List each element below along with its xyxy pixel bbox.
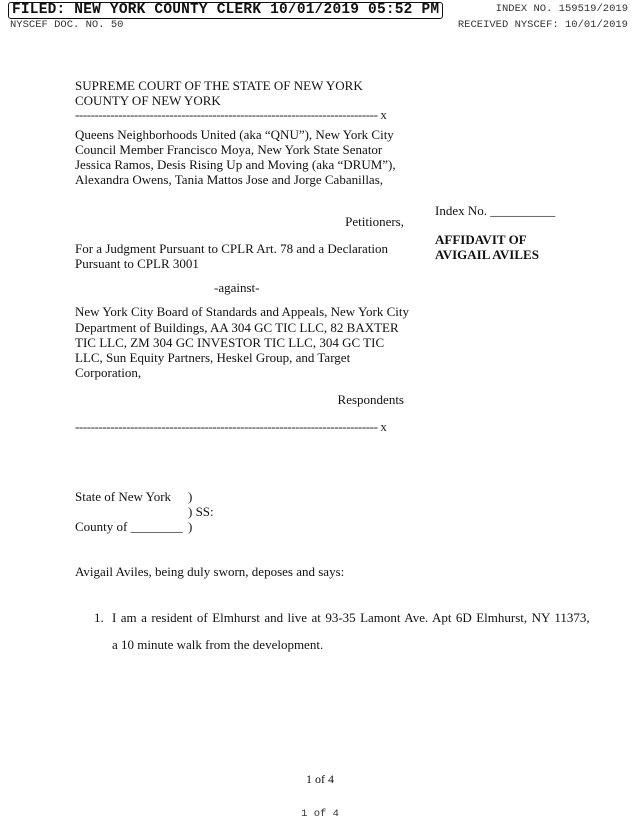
respondents-line-5: Corporation, — [75, 365, 141, 381]
respondents-line-2: Department of Buildings, AA 304 GC TIC L… — [75, 320, 399, 336]
respondents-label: Respondents — [338, 392, 404, 408]
judgment-line-1: For a Judgment Pursuant to CPLR Art. 78 … — [75, 241, 388, 257]
affidavit-intro: Avigail Aviles, being duly sworn, depose… — [75, 564, 344, 580]
doc-number: NYSCEF DOC. NO. 50 — [10, 19, 123, 31]
item-1-number: 1. — [94, 610, 104, 626]
document-title-line-2: AVIGAIL AVILES — [435, 247, 539, 263]
caption-rule-top: ----------------------------------------… — [75, 107, 387, 123]
against-label: -against- — [214, 280, 259, 296]
venue-state: State of New York — [75, 489, 171, 505]
filed-stamp: FILED: NEW YORK COUNTY CLERK 10/01/2019 … — [8, 2, 443, 19]
page-number-document: 1 of 4 — [0, 772, 640, 787]
petitioners-line-1: Queens Neighborhoods United (aka “QNU”),… — [75, 127, 394, 143]
received-date: RECEIVED NYSCEF: 10/01/2019 — [458, 19, 628, 31]
venue-paren-3: ) — [188, 519, 192, 535]
index-number: INDEX NO. 159519/2019 — [496, 3, 628, 15]
venue-ss: ) SS: — [188, 504, 214, 520]
court-name: SUPREME COURT OF THE STATE OF NEW YORK — [75, 78, 363, 94]
petitioners-line-4: Alexandra Owens, Tania Mattos Jose and J… — [75, 172, 383, 188]
item-1-text-line-1: I am a resident of Elmhurst and live at … — [112, 610, 590, 626]
document-title-line-1: AFFIDAVIT OF — [435, 232, 527, 248]
judgment-line-2: Pursuant to CPLR 3001 — [75, 256, 199, 272]
item-1-text-line-2: a 10 minute walk from the development. — [112, 637, 323, 653]
respondents-line-3: TIC LLC, ZM 304 GC INVESTOR TIC LLC, 304… — [75, 335, 384, 351]
index-number-field: Index No. __________ — [435, 203, 555, 219]
respondents-line-1: New York City Board of Standards and App… — [75, 304, 409, 320]
petitioners-line-3: Jessica Ramos, Desis Rising Up and Movin… — [75, 157, 396, 173]
petitioners-label: Petitioners, — [345, 214, 404, 230]
venue-paren-1: ) — [188, 489, 192, 505]
page-number-stamp: 1 of 4 — [0, 808, 640, 820]
caption-rule-bottom: ----------------------------------------… — [75, 419, 387, 435]
petitioners-line-2: Council Member Francisco Moya, New York … — [75, 142, 382, 158]
respondents-line-4: LLC, Sun Equity Partners, Heskel Group, … — [75, 350, 350, 366]
venue-county: County of ________ — [75, 519, 183, 535]
